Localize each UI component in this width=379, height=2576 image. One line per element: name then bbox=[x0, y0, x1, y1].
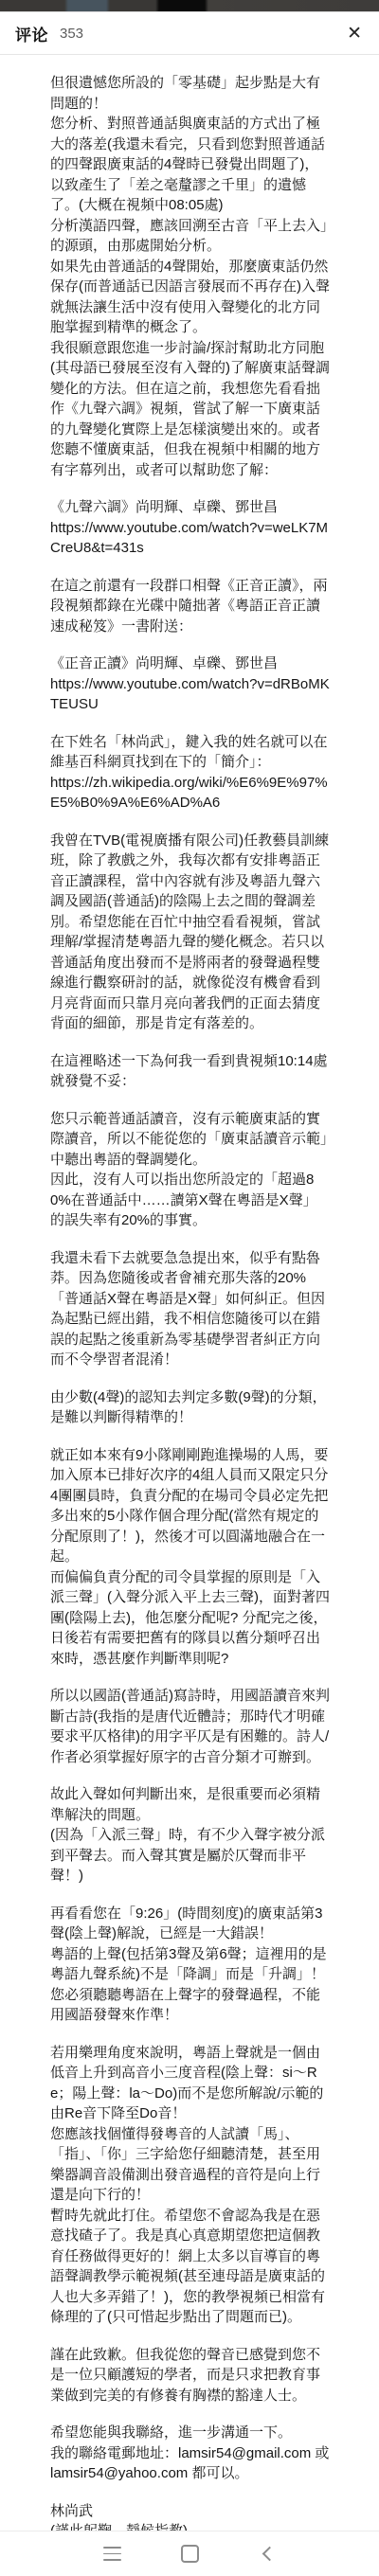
comment-paragraph: 《九聲六調》尚明輝、卓礫、鄧世昌 https://www.youtube.com… bbox=[50, 497, 330, 559]
android-nav-bar bbox=[0, 2531, 379, 2576]
comments-header: 评论 353 ✕ bbox=[0, 12, 379, 54]
back-icon[interactable] bbox=[258, 2545, 277, 2564]
comment-paragraph: 再看看您在「9:26」(時間刻度)的廣東話第3聲(陰上聲)解說，已經是一大錯誤！… bbox=[50, 1904, 330, 2026]
comment-paragraph: 但很遺憾您所設的「零基礎」起步點是大有問題的！ 您分析、對照普通話與廣東話的方式… bbox=[50, 73, 330, 480]
comment-paragraph: 林尚武 (謹此躬鞠，靜候指教) bbox=[50, 2501, 330, 2531]
comment-paragraph: 我還未看下去就要急急提出來，似乎有點魯莽。因為您隨後或者會補充那失落的20%「普… bbox=[50, 1248, 330, 1370]
video-player-edge[interactable] bbox=[0, 0, 379, 12]
comment-paragraph: 就正如本來有9小隊剛剛跑進操場的人馬，要加入原本已排好次序的4組人員而又限定只分… bbox=[50, 1445, 330, 1670]
comment-paragraph: 在下姓名「林尚武」，鍵入我的姓名就可以在維基百科網頁找到在下的「簡介」： htt… bbox=[50, 732, 330, 814]
comments-title: 评论 bbox=[15, 22, 48, 45]
home-icon[interactable] bbox=[180, 2545, 199, 2564]
recents-icon[interactable] bbox=[102, 2545, 121, 2564]
comment-text-block: 但很遺憾您所設的「零基礎」起步點是大有問題的！ 您分析、對照普通話與廣東話的方式… bbox=[50, 73, 330, 2531]
comment-paragraph: 謹在此致歉。但我從您的聲音已感覺到您不是一位只顧護短的學者，而是只求把教育事業做… bbox=[50, 2345, 330, 2406]
comment-paragraph: 我曾在TVB(電視廣播有限公司)任教藝員訓練班，除了教戲之外，我每次都有安排粵語… bbox=[50, 831, 330, 1034]
comment-paragraph: 若用樂理角度來說明，粵語上聲就是一個由低音上升到高音小三度音程(陰上聲：si～R… bbox=[50, 2043, 330, 2328]
close-button[interactable]: ✕ bbox=[345, 21, 364, 46]
comment-paragraph: 所以以國語(普通話)寫詩時，用國語讀音來判斷古詩(我指的是唐代近體詩；那時代才明… bbox=[50, 1686, 330, 1767]
comment-paragraph: 在這之前還有一段群口相聲《正音正讀》，兩段視頻都錄在光碟中隨拙著《粵語正音正讀速… bbox=[50, 576, 330, 637]
comments-count: 353 bbox=[60, 26, 83, 42]
comment-body: 但很遺憾您所設的「零基礎」起步點是大有問題的！ 您分析、對照普通話與廣東話的方式… bbox=[0, 55, 379, 2531]
close-icon: ✕ bbox=[347, 24, 362, 44]
comment-paragraph: 由少數(4聲)的認知去判定多數(9聲)的分類，是難以判斷得精準的！ bbox=[50, 1387, 330, 1428]
comment-paragraph: 希望您能與我聯絡，進一步溝通一下。 我的聯絡電郵地址：lamsir54@gmai… bbox=[50, 2423, 330, 2484]
comment-paragraph: 您只示範普通話讀音，沒有示範廣東話的實際讀音，所以不能從您的「廣東話讀音示範」中… bbox=[50, 1109, 330, 1231]
comment-paragraph: 故此入聲如何判斷出來，是很重要而必須精準解決的問題。 (因為「入派三聲」時，有不… bbox=[50, 1784, 330, 1887]
comment-paragraph: 《正音正讀》尚明輝、卓礫、鄧世昌 https://www.youtube.com… bbox=[50, 653, 330, 715]
comments-panel: 评论 353 ✕ 但很遺憾您所設的「零基礎」起步點是大有問題的！ 您分析、對照普… bbox=[0, 0, 379, 2576]
comment-paragraph: 在這裡略述一下為何我一看到貴視頻10:14處就發覺不妥： bbox=[50, 1051, 330, 1092]
